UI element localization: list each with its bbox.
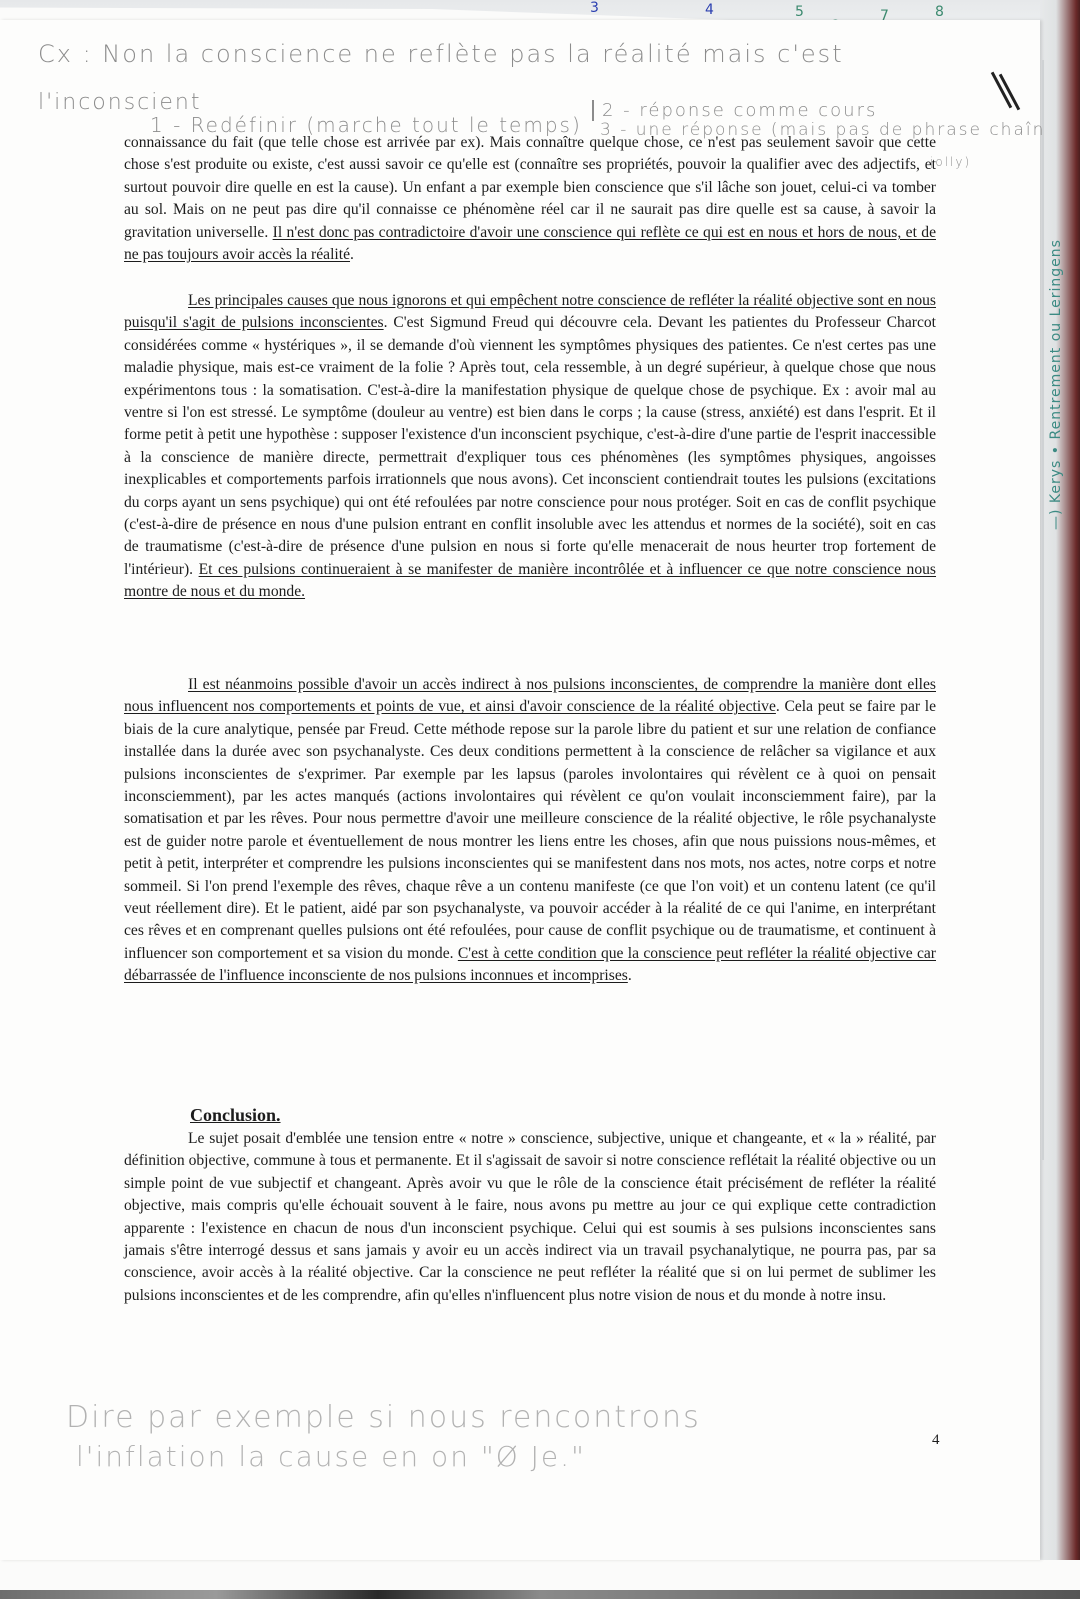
paragraph-2-underlined-end: Et ces pulsions continueraient à se mani… <box>124 561 936 600</box>
paragraph-2: Les principales causes que nous ignorons… <box>124 290 936 604</box>
handwritten-margin-note: jolly) <box>930 155 971 169</box>
page-number: 4 <box>932 1432 940 1449</box>
tab-mark: 5 <box>795 4 804 20</box>
paragraph-3-text: . Cela peut se faire par le biais de la … <box>124 698 936 961</box>
handwritten-note-top-2: l'inconscient <box>38 90 202 115</box>
handwritten-plan-item-2: 2 - réponse comme cours <box>592 100 877 121</box>
tab-mark: 3 <box>590 0 599 16</box>
tab-mark: 8 <box>935 4 944 20</box>
conclusion-paragraph: Le sujet posait d'emblée une tension ent… <box>124 1128 936 1307</box>
background-surface <box>0 1590 1080 1599</box>
paper-edge-line <box>1042 60 1044 1160</box>
binder-handwritten-text: —) Kerys • Rentrement ou Leringens <box>1048 110 1068 530</box>
conclusion-heading: Conclusion. <box>190 1105 281 1126</box>
punctuation: . <box>628 967 632 984</box>
paragraph-2-text: . C'est Sigmund Freud qui découvre cela.… <box>124 314 936 577</box>
paragraph-1: connaissance du fait (que telle chose es… <box>124 132 936 266</box>
conclusion-text: Le sujet posait d'emblée une tension ent… <box>124 1128 936 1307</box>
handwritten-note-bottom-1: Dire par exemple si nous rencontrons <box>66 1400 701 1435</box>
paragraph-3: Il est néanmoins possible d'avoir un acc… <box>124 674 936 988</box>
handwritten-note-top-1: Cx : Non la conscience ne reflète pas la… <box>38 40 844 68</box>
punctuation: . <box>350 246 354 263</box>
tab-mark: 4 <box>705 2 714 18</box>
handwritten-note-bottom-2: l'inflation la cause en on "Ø Je." <box>76 1440 586 1473</box>
